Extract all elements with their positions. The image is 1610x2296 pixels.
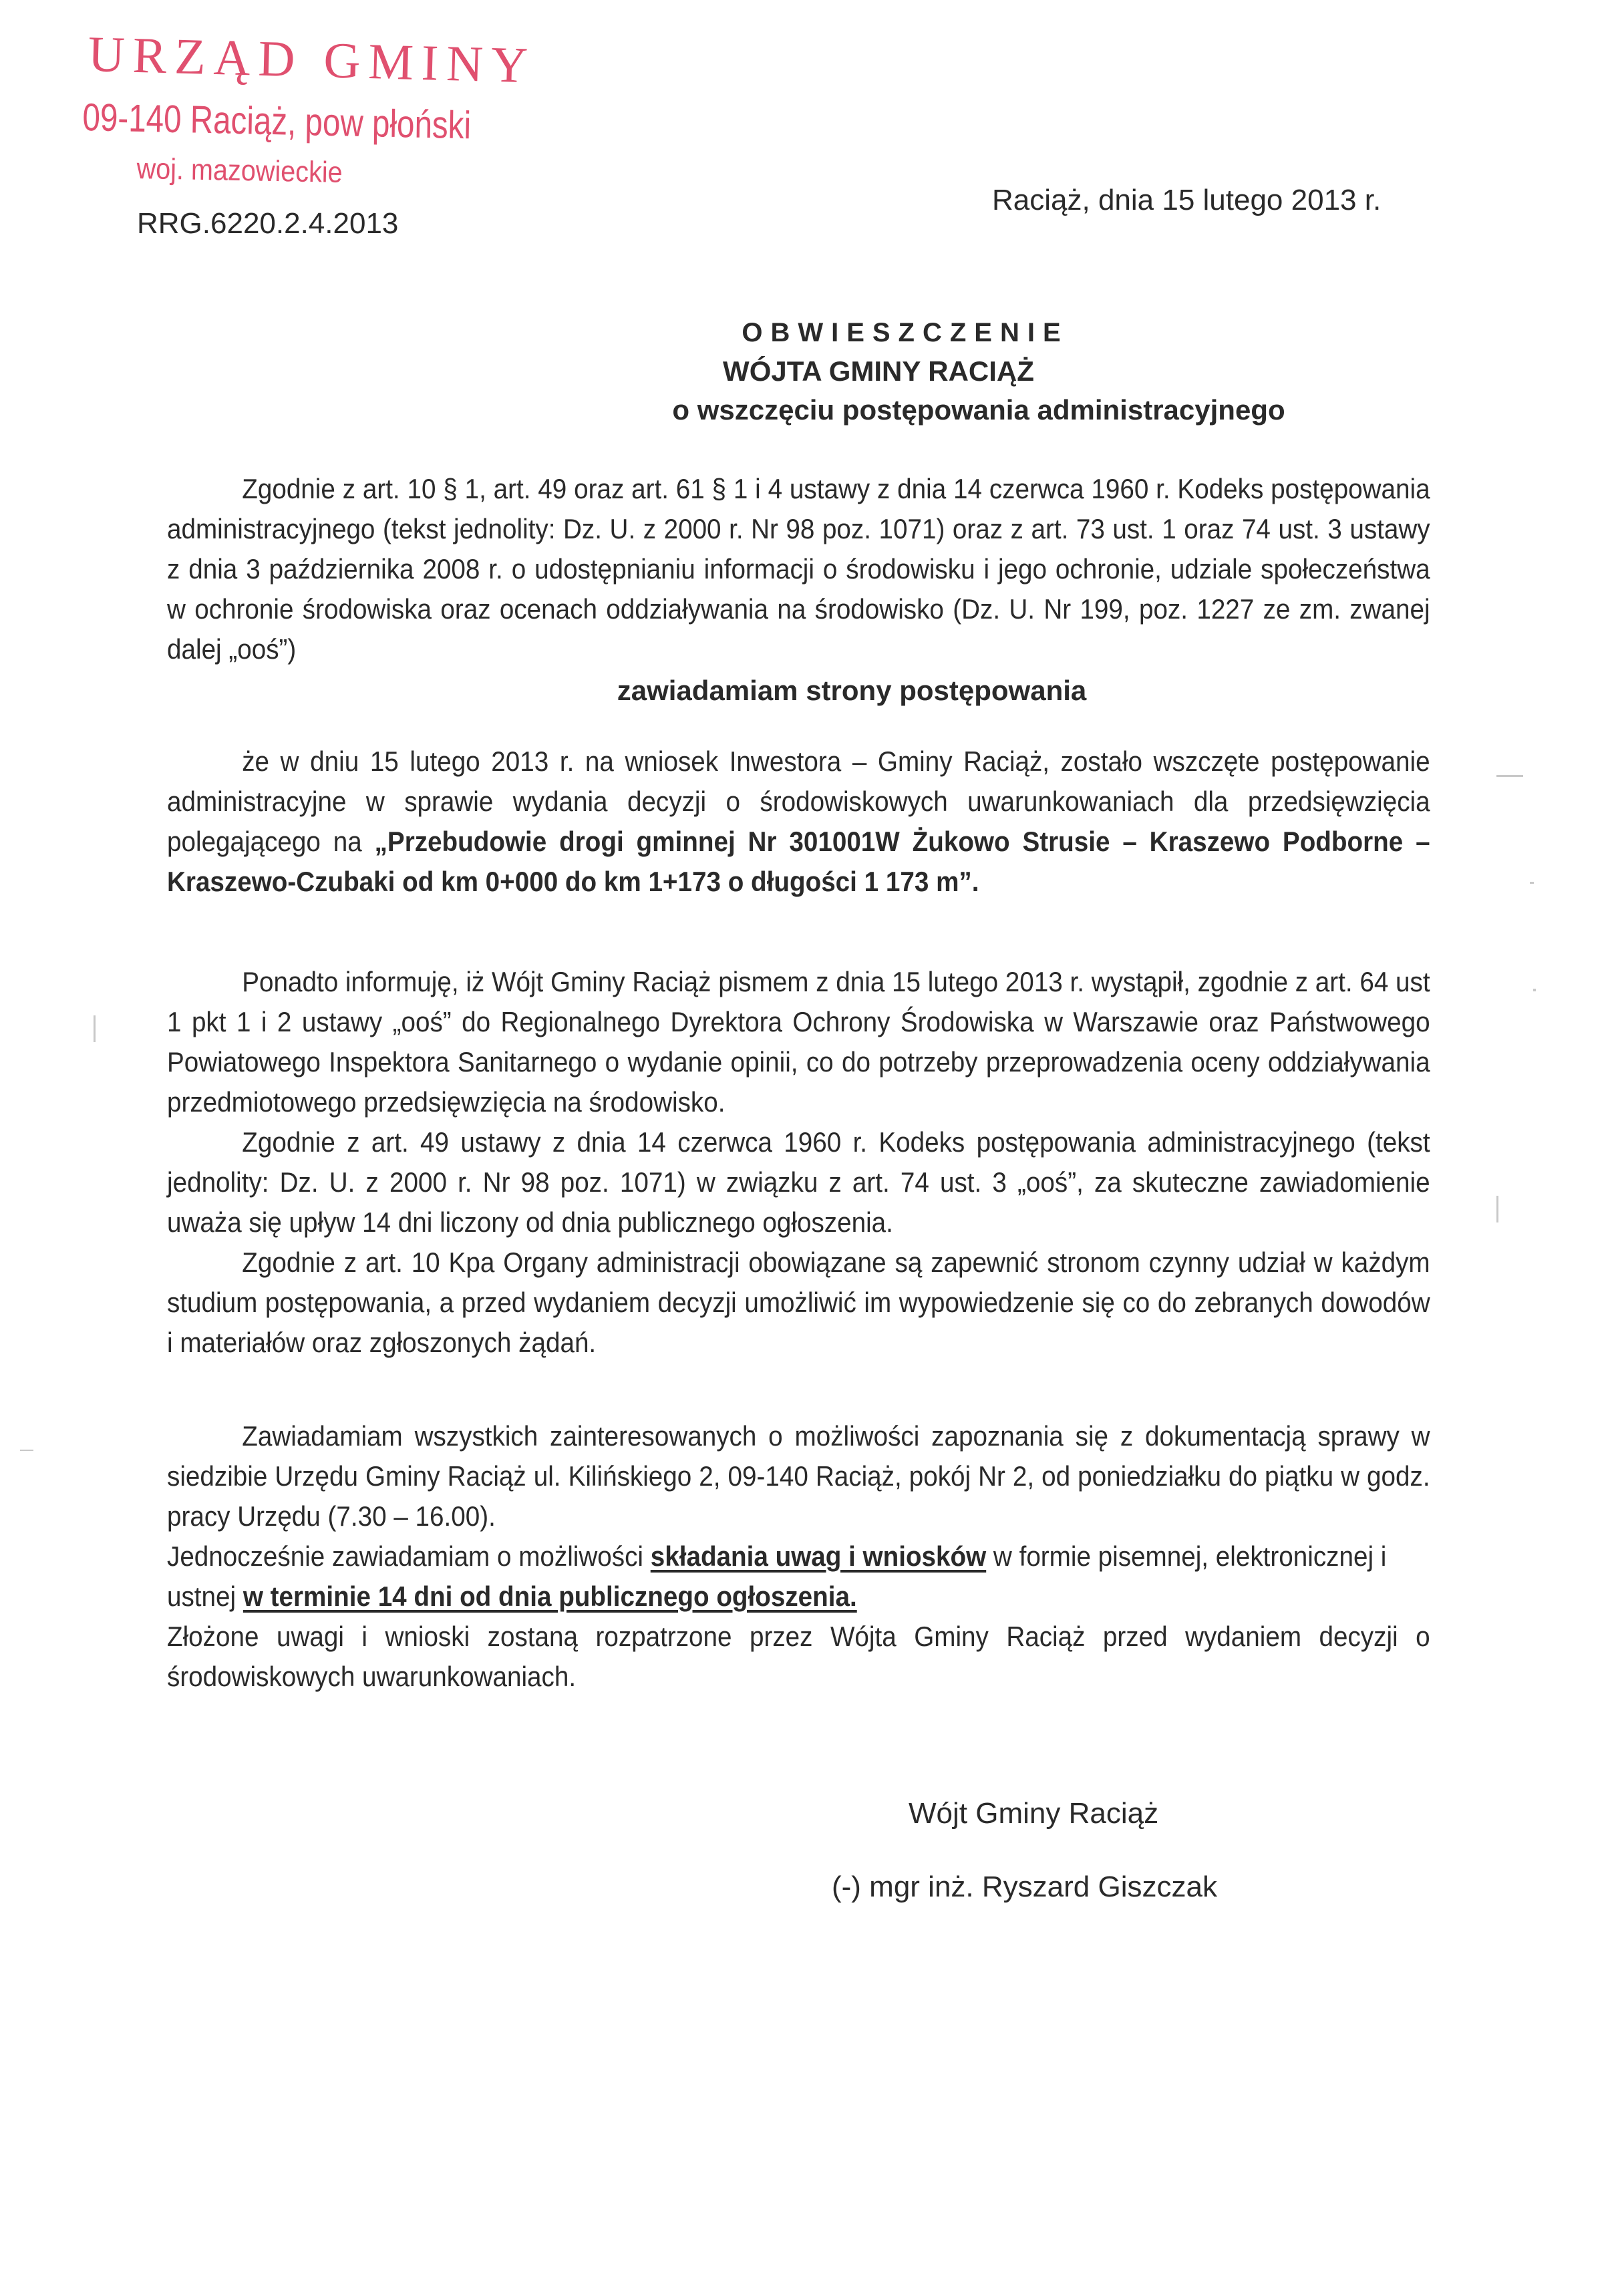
office-stamp-title: URZĄD GMINY — [88, 25, 536, 96]
scan-artifact — [1496, 1196, 1498, 1222]
signatory-name: (-) mgr inż. Ryszard Giszczak — [832, 1870, 1217, 1904]
document-title: OBWIESZCZENIE — [0, 318, 1610, 348]
remarks-intro: Jednocześnie zawiadamiam o możliwości — [167, 1540, 651, 1572]
scan-artifact — [20, 1450, 33, 1451]
signatory-title: Wójt Gminy Raciąż — [909, 1797, 1158, 1830]
scan-artifact — [1530, 882, 1534, 884]
scan-artifact — [94, 1015, 96, 1042]
scan-artifact — [1496, 775, 1523, 777]
legal-basis-text: Zgodnie z art. 10 § 1, art. 49 oraz art.… — [167, 469, 1430, 669]
office-stamp-address: 09-140 Raciąż, pow płoński — [82, 95, 471, 148]
scan-artifact — [1533, 989, 1536, 991]
opinion-text: Ponadto informuję, iż Wójt Gminy Raciąż … — [167, 962, 1430, 1122]
document-issuer: WÓJTA GMINY RACIĄŻ — [0, 355, 1610, 387]
review-text: Złożone uwagi i wnioski zostaną rozpatrz… — [167, 1617, 1430, 1697]
art10-text: Zgodnie z art. 10 Kpa Organy administrac… — [167, 1243, 1430, 1363]
access-text: Zawiadamiam wszystkich zainteresowanych … — [167, 1416, 1430, 1536]
initiation-paragraph: że w dniu 15 lutego 2013 r. na wniosek I… — [167, 742, 1430, 902]
art49-text: Zgodnie z art. 49 ustawy z dnia 14 czerw… — [167, 1122, 1430, 1243]
remarks-emphasis: składania uwag i wniosków — [651, 1540, 986, 1572]
document-subject: o wszczęciu postępowania administracyjne… — [0, 394, 1610, 426]
case-reference: RRG.6220.2.4.2013 — [137, 207, 398, 240]
place-date: Raciąż, dnia 15 lutego 2013 r. — [992, 184, 1381, 217]
notice-heading: zawiadamiam strony postępowania — [0, 675, 1610, 707]
deadline-emphasis: w terminie 14 dni od dnia publicznego og… — [243, 1581, 857, 1612]
opinion-paragraph: Ponadto informuję, iż Wójt Gminy Raciąż … — [167, 962, 1430, 1363]
office-stamp-region: woj. mazowieckie — [136, 152, 343, 190]
legal-basis-paragraph: Zgodnie z art. 10 § 1, art. 49 oraz art.… — [167, 469, 1430, 669]
access-paragraph: Zawiadamiam wszystkich zainteresowanych … — [167, 1416, 1430, 1697]
